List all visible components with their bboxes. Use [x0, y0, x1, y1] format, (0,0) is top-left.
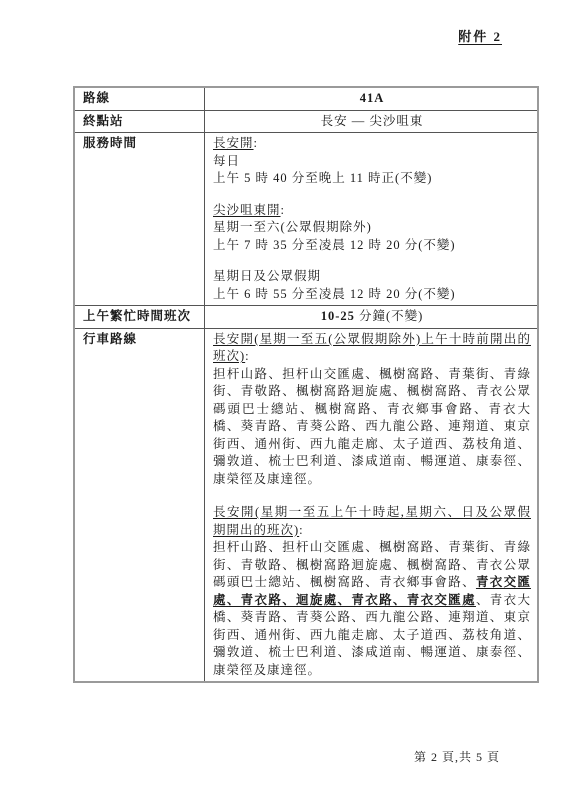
spacer: [213, 254, 531, 268]
service-line: 星期日及公眾假期: [213, 268, 531, 286]
terminus-value: 長安 — 尖沙咀東: [205, 110, 539, 133]
service-line: 上午 7 時 35 分至凌晨 12 時 20 分(不變): [213, 237, 531, 255]
terminus-row-label: 終點站: [74, 110, 205, 133]
route-path-heading: 長安開(星期一至五上午十時起,星期六、日及公眾假期開出的班次):: [213, 504, 531, 539]
route-path-body: 担杆山路、担杆山交匯處、楓樹窩路、青葉街、青綠街、青敬路、楓樹窩路迴旋處、楓樹窩…: [213, 366, 531, 489]
spacer: [213, 188, 531, 202]
service-hours-cell: 長安開: 每日 上午 5 時 40 分至晚上 11 時正(不變) 尖沙咀東開: …: [205, 133, 539, 306]
route-info-table: 路線 41A 終點站 長安 — 尖沙咀東 服務時間 長安開: 每日 上午 5 時…: [73, 86, 539, 683]
am-peak-row-label: 上午繁忙時間班次: [74, 306, 205, 329]
row-terminus: 終點站 長安 — 尖沙咀東: [74, 110, 538, 133]
colon: :: [299, 523, 303, 537]
route-path-heading: 長安開(星期一至五(公眾假期除外)上午十時前開出的班次):: [213, 331, 531, 366]
row-service-hours: 服務時間 長安開: 每日 上午 5 時 40 分至晚上 11 時正(不變) 尖沙…: [74, 133, 538, 306]
service-heading: 尖沙咀東開:: [213, 202, 531, 220]
colon: :: [254, 136, 258, 150]
route-path-section-offpeak-holiday: 長安開(星期一至五上午十時起,星期六、日及公眾假期開出的班次): 担杆山路、担杆…: [213, 504, 531, 679]
route-path-segment: 担杆山路、担杆山交匯處、楓樹窩路、青葉街、青綠街、青敬路、楓樹窩路迴旋處、楓樹窩…: [213, 367, 531, 486]
row-route-path: 行車路線 長安開(星期一至五(公眾假期除外)上午十時前開出的班次): 担杆山路、…: [74, 328, 538, 682]
route-path-cell: 長安開(星期一至五(公眾假期除外)上午十時前開出的班次): 担杆山路、担杆山交匯…: [205, 328, 539, 682]
colon: :: [245, 349, 249, 363]
attachment-label: 附件 2: [458, 26, 502, 45]
spacer: [213, 488, 531, 504]
colon: :: [281, 203, 285, 217]
service-hours-section-tst-east: 尖沙咀東開: 星期一至六(公眾假期除外) 上午 7 時 35 分至凌晨 12 時…: [213, 202, 531, 255]
route-row-label: 路線: [74, 87, 205, 110]
route-number: 41A: [205, 87, 539, 110]
route-path-body: 担杆山路、担杆山交匯處、楓樹窩路、青葉街、青綠街、青敬路、楓樹窩路迴旋處、楓樹窩…: [213, 539, 531, 679]
service-hours-section-cheung-on: 長安開: 每日 上午 5 時 40 分至晚上 11 時正(不變): [213, 135, 531, 188]
service-line: 上午 6 時 55 分至凌晨 12 時 20 分(不變): [213, 286, 531, 304]
route-path-heading-text: 長安開(星期一至五上午十時起,星期六、日及公眾假期開出的班次): [213, 505, 531, 537]
am-peak-value: 10-25 分鐘(不變): [205, 306, 539, 329]
service-hours-row-label: 服務時間: [74, 133, 205, 306]
route-path-section-weekday: 長安開(星期一至五(公眾假期除外)上午十時前開出的班次): 担杆山路、担杆山交匯…: [213, 331, 531, 489]
service-line: 星期一至六(公眾假期除外): [213, 219, 531, 237]
row-am-peak-headway: 上午繁忙時間班次 10-25 分鐘(不變): [74, 306, 538, 329]
page-number-footer: 第 2 頁,共 5 頁: [414, 748, 500, 765]
headway-unit: 分鐘(不變): [355, 309, 423, 323]
service-heading-text: 尖沙咀東開: [213, 203, 281, 217]
route-path-row-label: 行車路線: [74, 328, 205, 682]
service-heading-text: 長安開: [213, 136, 254, 150]
service-heading: 長安開:: [213, 135, 531, 153]
row-route: 路線 41A: [74, 87, 538, 110]
service-line: 上午 5 時 40 分至晚上 11 時正(不變): [213, 170, 531, 188]
headway-number: 10-25: [321, 309, 355, 323]
service-hours-section-sunday: 星期日及公眾假期 上午 6 時 55 分至凌晨 12 時 20 分(不變): [213, 268, 531, 303]
service-line: 每日: [213, 153, 531, 171]
route-path-heading-text: 長安開(星期一至五(公眾假期除外)上午十時前開出的班次): [213, 332, 531, 364]
